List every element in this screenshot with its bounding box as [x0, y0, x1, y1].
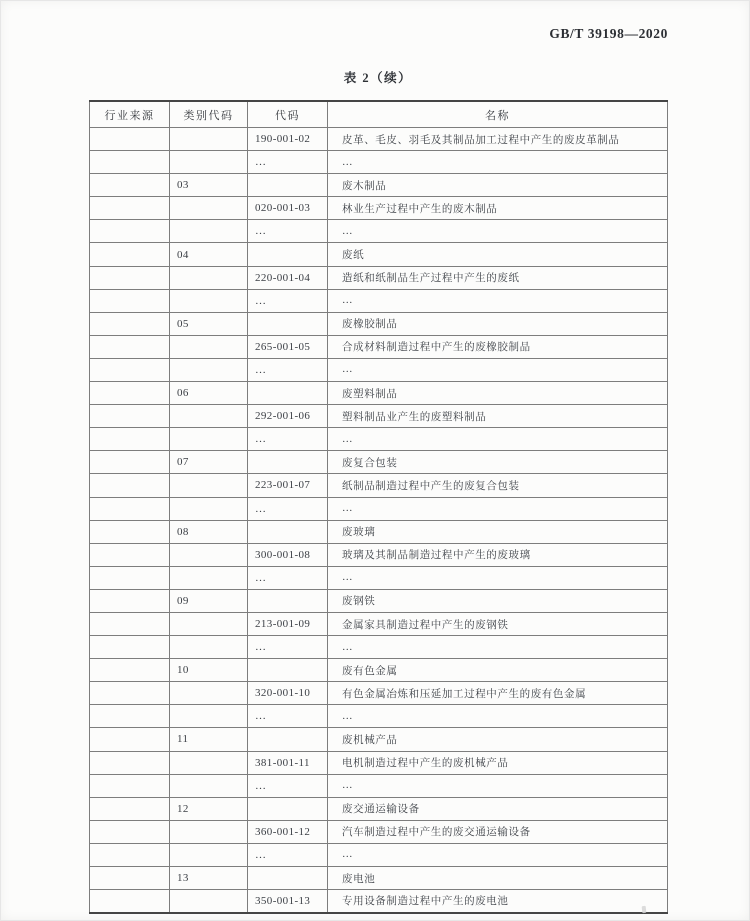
table-cell-name: 废橡胶制品: [328, 312, 668, 335]
table-cell-code: 213-001-09: [248, 612, 328, 635]
table-cell-code: …: [248, 566, 328, 589]
table-cell-code: [248, 174, 328, 197]
table-cell-industry: [90, 405, 170, 428]
table-cell-category: 04: [170, 243, 248, 266]
table-cell-code: [248, 797, 328, 820]
table-cell-name: 合成材料制造过程中产生的废橡胶制品: [328, 335, 668, 358]
table-cell-name: 皮革、毛皮、羽毛及其制品加工过程中产生的废皮革制品: [328, 128, 668, 151]
table-row: 05废橡胶制品: [90, 312, 668, 335]
table-row: ……: [90, 843, 668, 866]
table-cell-code: 223-001-07: [248, 474, 328, 497]
table-cell-code: [248, 728, 328, 751]
table-cell-code: …: [248, 428, 328, 451]
table-cell-name: 塑料制品业产生的废塑料制品: [328, 405, 668, 428]
table-cell-category: [170, 474, 248, 497]
table-cell-name: 废交通运输设备: [328, 797, 668, 820]
table-cell-name: …: [328, 151, 668, 174]
table-cell-code: [248, 243, 328, 266]
table-cell-code: [248, 382, 328, 405]
table-cell-code: 300-001-08: [248, 543, 328, 566]
table-cell-category: [170, 428, 248, 451]
table-cell-name: 废机械产品: [328, 728, 668, 751]
table-row: ……: [90, 566, 668, 589]
column-header-name: 名称: [328, 101, 668, 128]
table-row: ……: [90, 636, 668, 659]
table-cell-name: 废电池: [328, 867, 668, 890]
table-cell-industry: [90, 867, 170, 890]
table-cell-category: [170, 543, 248, 566]
table-cell-category: [170, 890, 248, 913]
table-cell-name: …: [328, 428, 668, 451]
table-cell-code: 350-001-13: [248, 890, 328, 913]
table-row: 04废纸: [90, 243, 668, 266]
table-cell-industry: [90, 520, 170, 543]
table-cell-category: [170, 151, 248, 174]
table-cell-code: [248, 520, 328, 543]
table-row: 220-001-04造纸和纸制品生产过程中产生的废纸: [90, 266, 668, 289]
table-cell-industry: [90, 382, 170, 405]
table-cell-code: 190-001-02: [248, 128, 328, 151]
table-cell-category: [170, 335, 248, 358]
table-cell-category: [170, 358, 248, 381]
table-row: 020-001-03林业生产过程中产生的废木制品: [90, 197, 668, 220]
table-row: 12废交通运输设备: [90, 797, 668, 820]
table-row: ……: [90, 151, 668, 174]
table-cell-industry: [90, 774, 170, 797]
table-cell-name: 废塑料制品: [328, 382, 668, 405]
table-row: 360-001-12汽车制造过程中产生的废交通运输设备: [90, 820, 668, 843]
table-cell-category: [170, 820, 248, 843]
table-cell-industry: [90, 566, 170, 589]
table-cell-name: 造纸和纸制品生产过程中产生的废纸: [328, 266, 668, 289]
table-row: 13废电池: [90, 867, 668, 890]
table-cell-industry: [90, 220, 170, 243]
table-cell-code: …: [248, 358, 328, 381]
standard-number: GB/T 39198—2020: [549, 26, 668, 42]
table-cell-name: 纸制品制造过程中产生的废复合包装: [328, 474, 668, 497]
table-cell-code: [248, 589, 328, 612]
table-cell-category: [170, 266, 248, 289]
waste-classification-table: 行业来源 类别代码 代码 名称 190-001-02皮革、毛皮、羽毛及其制品加工…: [89, 100, 668, 914]
table-row: ……: [90, 289, 668, 312]
table-row: ……: [90, 774, 668, 797]
table-row: 10废有色金属: [90, 659, 668, 682]
table-cell-code: …: [248, 151, 328, 174]
table-cell-code: 320-001-10: [248, 682, 328, 705]
table-cell-industry: [90, 682, 170, 705]
table-cell-category: [170, 612, 248, 635]
table-cell-code: [248, 867, 328, 890]
table-cell-name: 废玻璃: [328, 520, 668, 543]
table-row: 190-001-02皮革、毛皮、羽毛及其制品加工过程中产生的废皮革制品: [90, 128, 668, 151]
table-cell-code: …: [248, 705, 328, 728]
table-cell-name: 专用设备制造过程中产生的废电池: [328, 890, 668, 913]
table-row: 292-001-06塑料制品业产生的废塑料制品: [90, 405, 668, 428]
table-row: 08废玻璃: [90, 520, 668, 543]
table-cell-industry: [90, 751, 170, 774]
table-cell-category: 08: [170, 520, 248, 543]
table-body: 190-001-02皮革、毛皮、羽毛及其制品加工过程中产生的废皮革制品……03废…: [90, 128, 668, 913]
table-cell-industry: [90, 497, 170, 520]
table-cell-industry: [90, 543, 170, 566]
table-cell-industry: [90, 843, 170, 866]
table-cell-name: …: [328, 497, 668, 520]
table-cell-category: 10: [170, 659, 248, 682]
column-header-category-code: 类别代码: [170, 101, 248, 128]
scan-artifact: [642, 906, 647, 913]
table-cell-code: 020-001-03: [248, 197, 328, 220]
table-caption: 表 2（续）: [89, 68, 667, 86]
table-cell-industry: [90, 266, 170, 289]
table-cell-industry: [90, 705, 170, 728]
table-cell-code: [248, 659, 328, 682]
table-row: 265-001-05合成材料制造过程中产生的废橡胶制品: [90, 335, 668, 358]
table-row: 06废塑料制品: [90, 382, 668, 405]
table-row: ……: [90, 220, 668, 243]
table-cell-name: 汽车制造过程中产生的废交通运输设备: [328, 820, 668, 843]
table-cell-industry: [90, 890, 170, 913]
table-row: 09废钢铁: [90, 589, 668, 612]
table-cell-category: 11: [170, 728, 248, 751]
table-cell-code: 381-001-11: [248, 751, 328, 774]
table-row: 300-001-08玻璃及其制品制造过程中产生的废玻璃: [90, 543, 668, 566]
table-cell-code: [248, 451, 328, 474]
table-cell-name: 废有色金属: [328, 659, 668, 682]
table-header: 行业来源 类别代码 代码 名称: [90, 101, 668, 128]
table-cell-category: [170, 774, 248, 797]
table-cell-name: 林业生产过程中产生的废木制品: [328, 197, 668, 220]
table-cell-category: 09: [170, 589, 248, 612]
table-row: 223-001-07纸制品制造过程中产生的废复合包装: [90, 474, 668, 497]
table-cell-category: [170, 705, 248, 728]
table-cell-code: …: [248, 289, 328, 312]
table-row: ……: [90, 358, 668, 381]
table-cell-industry: [90, 128, 170, 151]
document-page: GB/T 39198—2020 表 2（续） 行业来源 类别代码 代码 名称 1…: [0, 0, 750, 921]
table-cell-industry: [90, 243, 170, 266]
table-cell-code: 220-001-04: [248, 266, 328, 289]
table-cell-category: 07: [170, 451, 248, 474]
table-row: 320-001-10有色金属冶炼和压延加工过程中产生的废有色金属: [90, 682, 668, 705]
table-cell-industry: [90, 289, 170, 312]
table-cell-industry: [90, 451, 170, 474]
table-cell-category: [170, 636, 248, 659]
table-cell-code: [248, 312, 328, 335]
table-cell-category: [170, 682, 248, 705]
table-row: ……: [90, 497, 668, 520]
table-cell-name: 电机制造过程中产生的废机械产品: [328, 751, 668, 774]
table-cell-industry: [90, 797, 170, 820]
table-cell-category: [170, 128, 248, 151]
table-cell-industry: [90, 358, 170, 381]
table-cell-name: …: [328, 636, 668, 659]
table-cell-name: …: [328, 358, 668, 381]
table-cell-industry: [90, 428, 170, 451]
table-cell-name: …: [328, 843, 668, 866]
table-cell-name: …: [328, 289, 668, 312]
table-cell-name: 废纸: [328, 243, 668, 266]
table-cell-category: 05: [170, 312, 248, 335]
table-cell-category: [170, 497, 248, 520]
column-header-industry-source: 行业来源: [90, 101, 170, 128]
table-cell-category: [170, 289, 248, 312]
table-cell-code: …: [248, 843, 328, 866]
table-cell-code: …: [248, 636, 328, 659]
table-cell-name: 有色金属冶炼和压延加工过程中产生的废有色金属: [328, 682, 668, 705]
table-cell-industry: [90, 174, 170, 197]
table-cell-industry: [90, 335, 170, 358]
table-cell-industry: [90, 197, 170, 220]
table-cell-industry: [90, 728, 170, 751]
table-cell-name: …: [328, 566, 668, 589]
table-cell-category: 06: [170, 382, 248, 405]
table-cell-code: 360-001-12: [248, 820, 328, 843]
table-cell-category: 12: [170, 797, 248, 820]
table-cell-category: [170, 751, 248, 774]
table-cell-category: [170, 405, 248, 428]
table-cell-name: 金属家具制造过程中产生的废钢铁: [328, 612, 668, 635]
table-cell-category: [170, 197, 248, 220]
table-cell-code: 292-001-06: [248, 405, 328, 428]
table-cell-industry: [90, 589, 170, 612]
table-cell-code: …: [248, 220, 328, 243]
table-row: 03废木制品: [90, 174, 668, 197]
table-cell-category: 03: [170, 174, 248, 197]
column-header-code: 代码: [248, 101, 328, 128]
table-cell-name: …: [328, 705, 668, 728]
table-cell-industry: [90, 474, 170, 497]
table-cell-industry: [90, 151, 170, 174]
table-row: 11废机械产品: [90, 728, 668, 751]
table-cell-name: 废钢铁: [328, 589, 668, 612]
table-row: 350-001-13专用设备制造过程中产生的废电池: [90, 890, 668, 913]
table-cell-industry: [90, 312, 170, 335]
table-row: ……: [90, 705, 668, 728]
table-cell-name: 废复合包装: [328, 451, 668, 474]
table-cell-category: [170, 220, 248, 243]
table-cell-code: …: [248, 774, 328, 797]
table-cell-industry: [90, 612, 170, 635]
table-row: 07废复合包装: [90, 451, 668, 474]
table-cell-industry: [90, 659, 170, 682]
table-cell-category: 13: [170, 867, 248, 890]
table-cell-name: …: [328, 220, 668, 243]
table-cell-code: …: [248, 497, 328, 520]
table-cell-code: 265-001-05: [248, 335, 328, 358]
table-row: 213-001-09金属家具制造过程中产生的废钢铁: [90, 612, 668, 635]
table-cell-name: …: [328, 774, 668, 797]
table-header-row: 行业来源 类别代码 代码 名称: [90, 101, 668, 128]
table-row: 381-001-11电机制造过程中产生的废机械产品: [90, 751, 668, 774]
table-cell-industry: [90, 820, 170, 843]
table-cell-category: [170, 566, 248, 589]
table-cell-name: 玻璃及其制品制造过程中产生的废玻璃: [328, 543, 668, 566]
table-cell-name: 废木制品: [328, 174, 668, 197]
table-cell-category: [170, 843, 248, 866]
table-row: ……: [90, 428, 668, 451]
table-cell-industry: [90, 636, 170, 659]
